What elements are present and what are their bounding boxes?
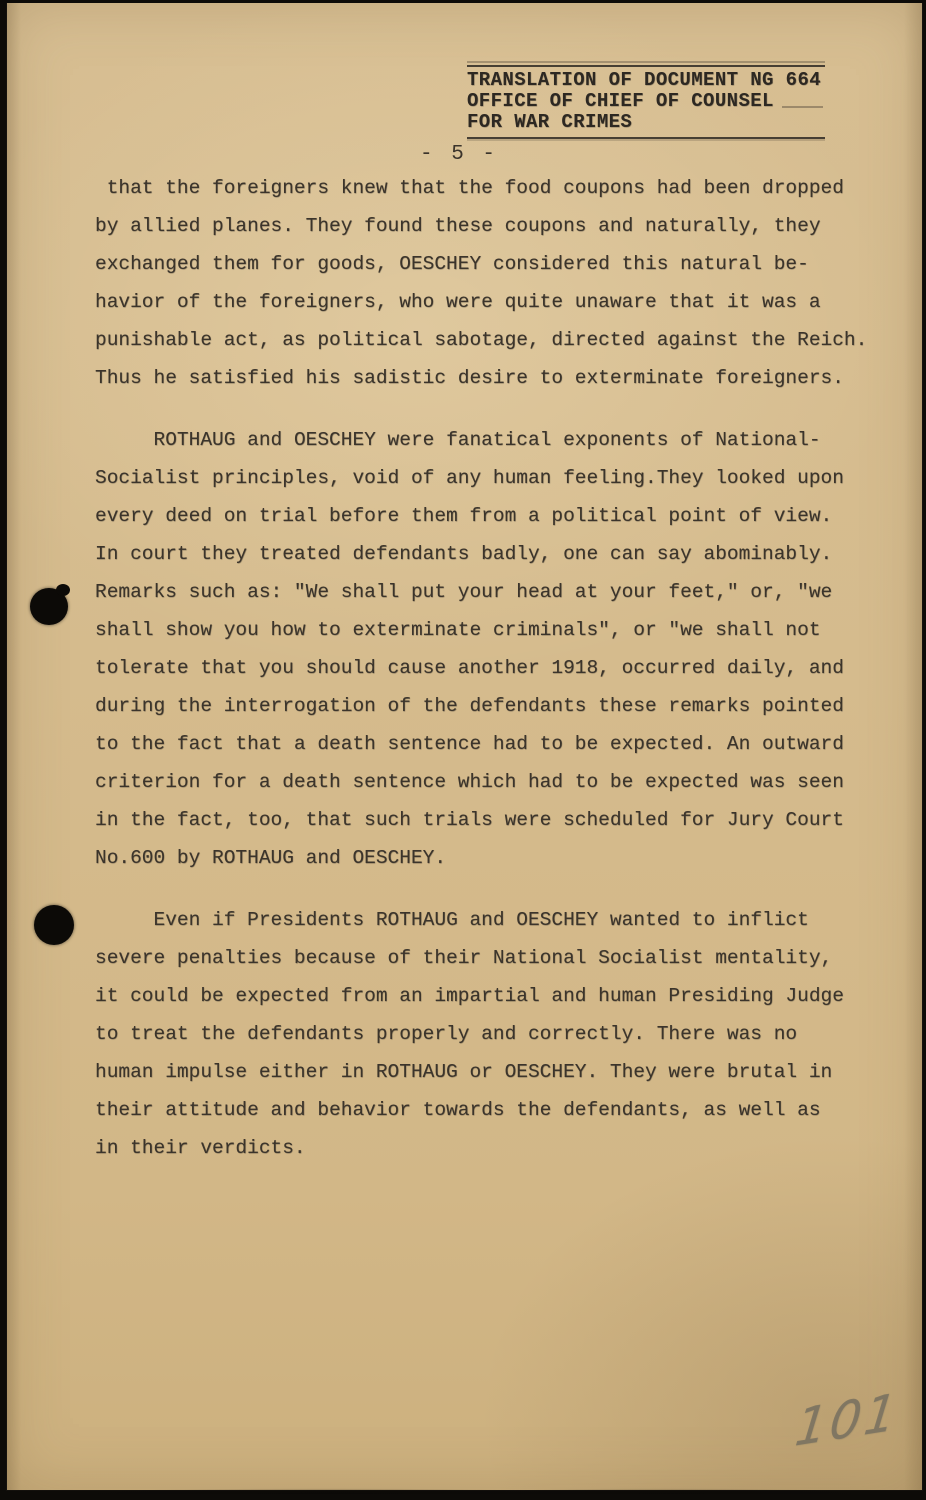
- scan-edge-blotch: [97, 1486, 862, 1494]
- page-number: - 5 -: [420, 143, 498, 166]
- stamp-bottom-rule: [467, 137, 825, 139]
- stamp-line-office: OFFICE OF CHIEF OF COUNSEL: [467, 91, 825, 112]
- stamp-line-war-crimes: FOR WAR CRIMES: [467, 112, 825, 133]
- paragraph-even-if-presidents: Even if Presidents ROTHAUG and OESCHEY w…: [95, 901, 879, 1167]
- handwritten-page-number: 101: [792, 1382, 903, 1458]
- stamp-top-rule: [467, 65, 825, 67]
- stamp-office-text: OFFICE OF CHIEF OF COUNSEL: [467, 91, 774, 112]
- hole-punch-top: [30, 588, 68, 625]
- paragraph-food-coupons: that the foreigners knew that the food c…: [95, 169, 879, 397]
- stamp-underline-tail: [782, 106, 823, 108]
- stamp-line-document-number: TRANSLATION OF DOCUMENT NG 664: [467, 70, 825, 91]
- hole-punch-bottom: [34, 905, 74, 945]
- document-page: TRANSLATION OF DOCUMENT NG 664 OFFICE OF…: [7, 3, 922, 1490]
- scanned-document: TRANSLATION OF DOCUMENT NG 664 OFFICE OF…: [0, 0, 926, 1500]
- document-body: that the foreigners knew that the food c…: [95, 169, 879, 1191]
- document-stamp: TRANSLATION OF DOCUMENT NG 664 OFFICE OF…: [467, 65, 825, 139]
- paragraph-fanatical-exponents: ROTHAUG and OESCHEY were fanatical expon…: [95, 421, 879, 877]
